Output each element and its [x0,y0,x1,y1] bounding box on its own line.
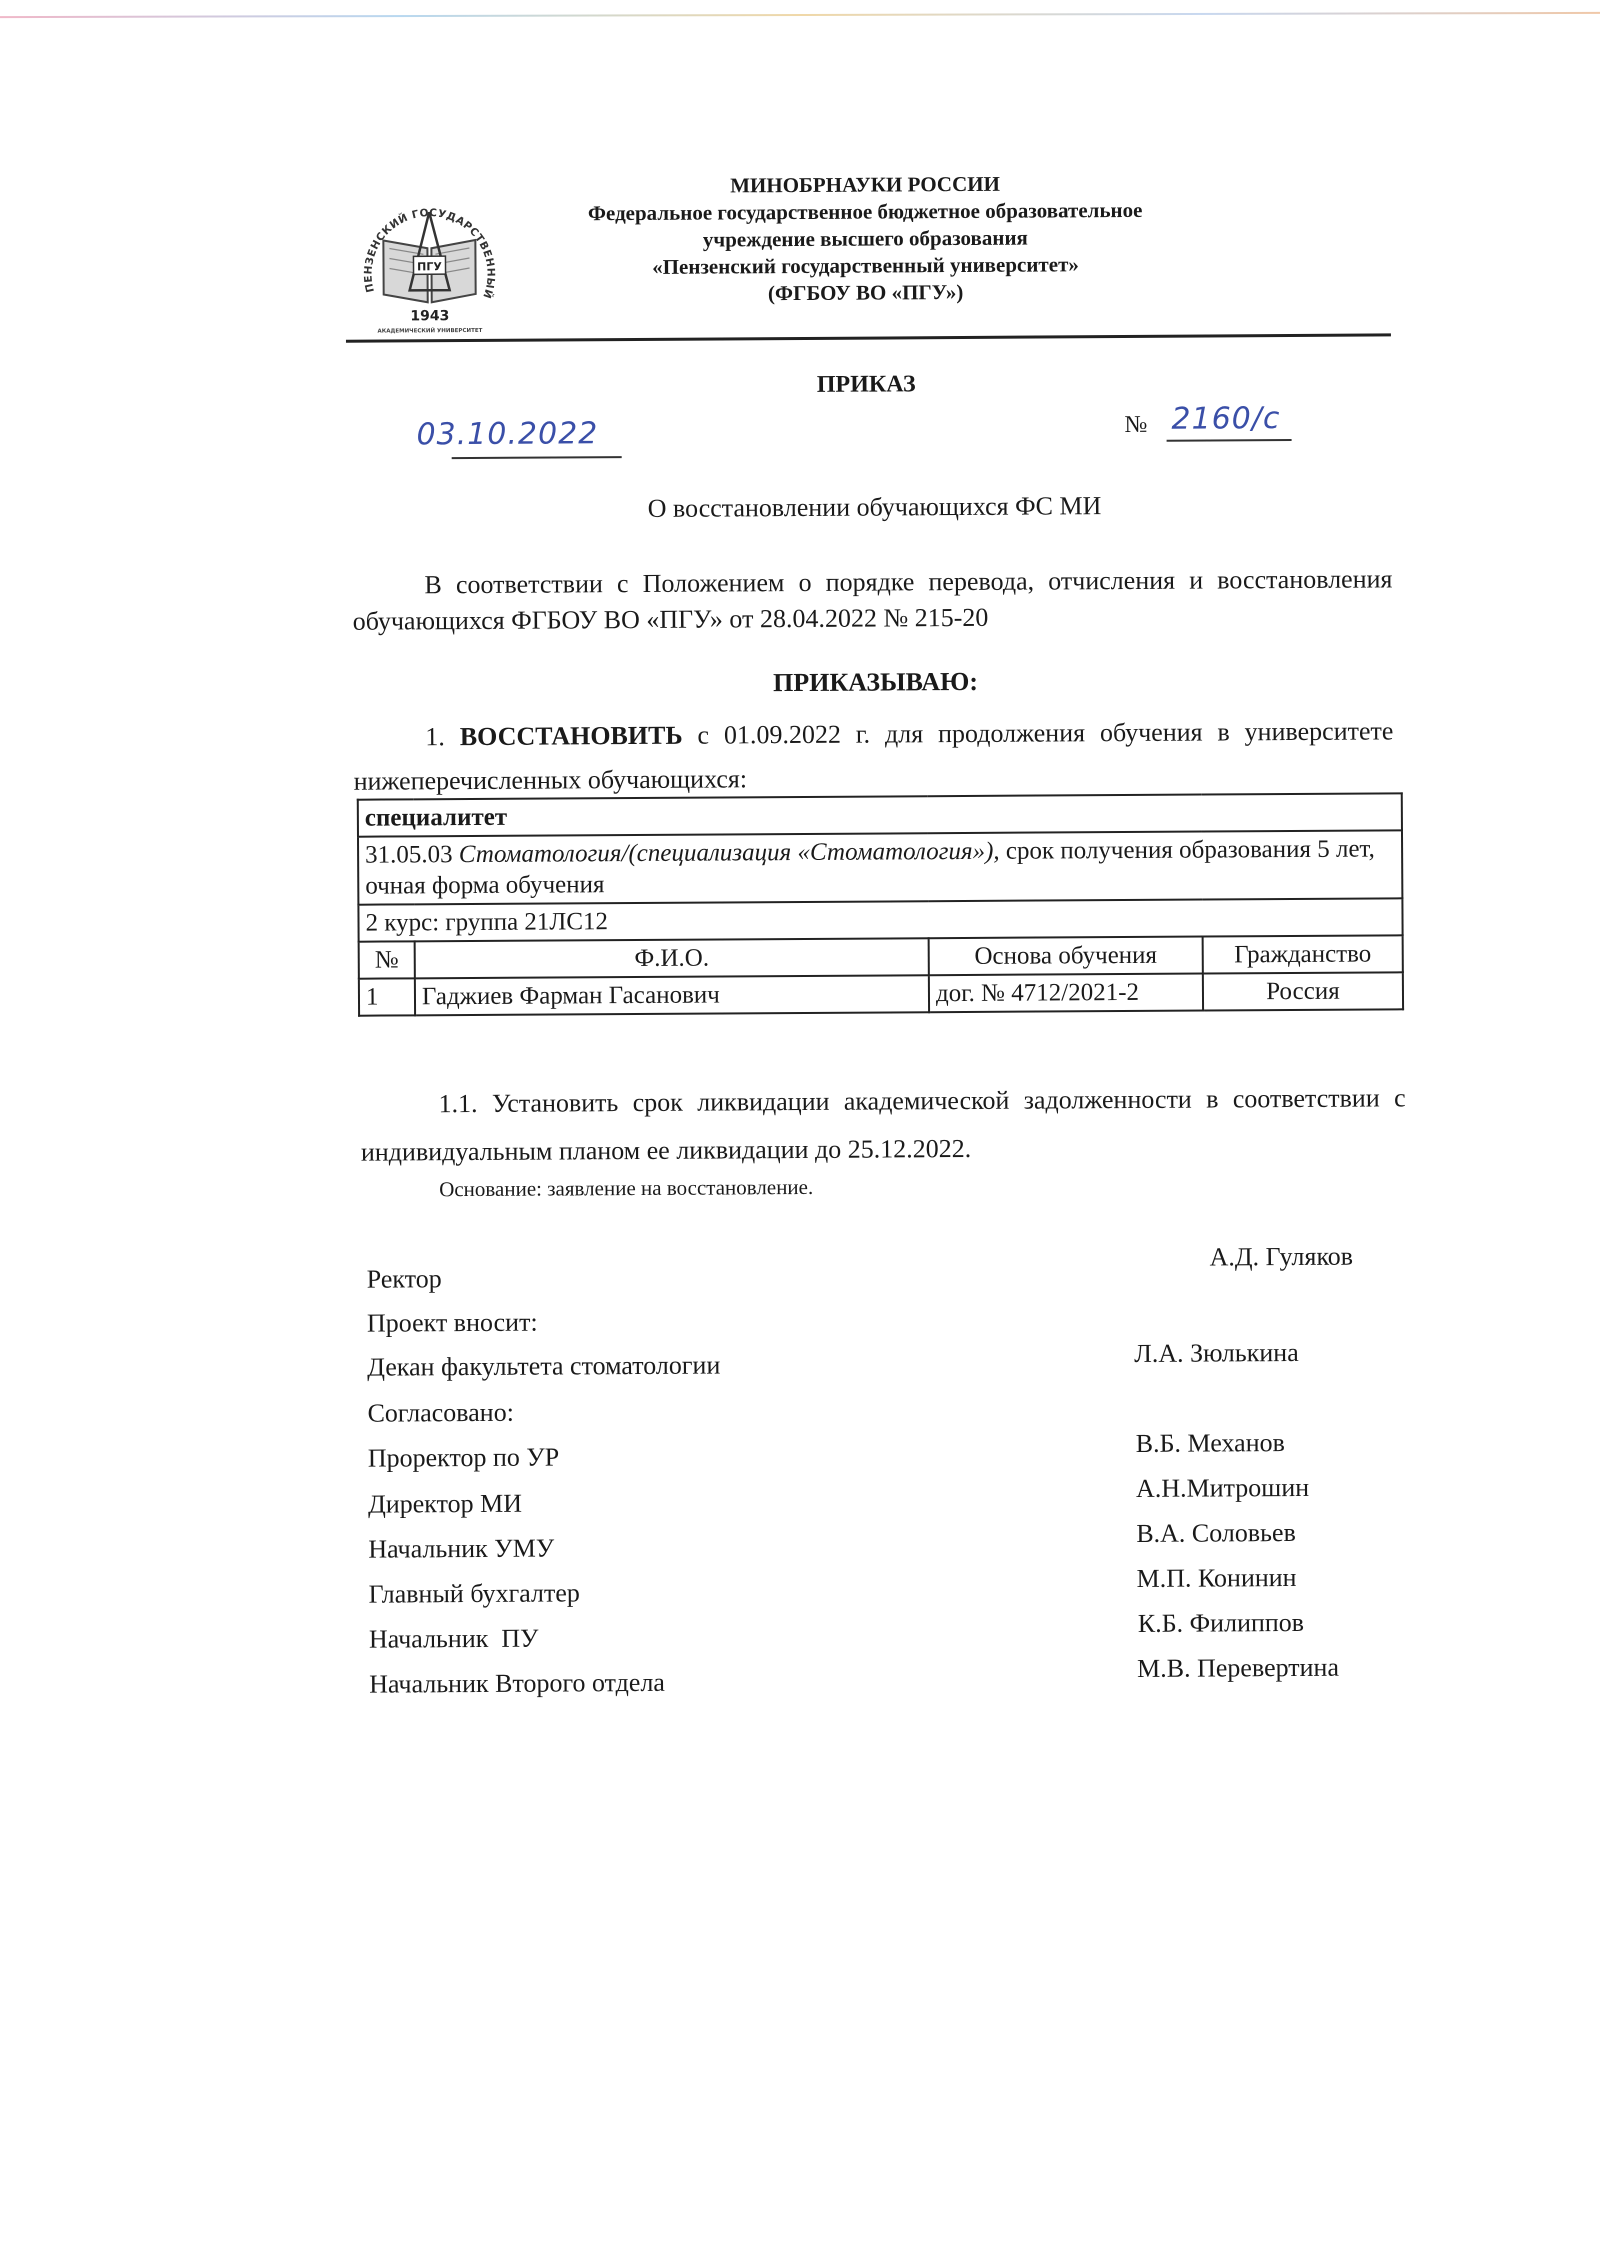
item-1-paragraph: 1. ВОССТАНОВИТЬ с 01.09.2022 г. для прод… [353,709,1394,803]
cell-name: Гаджиев Фарман Гасанович [415,975,929,1015]
signature-name-rector: А.Д. Гуляков [1209,1242,1353,1273]
institution-abbrev: (ФГБОУ ВО «ПГУ») [496,277,1236,309]
signature-name-pu-head: К.Б. Филиппов [1138,1608,1304,1639]
signature-name-dean: Л.А. Зюлькина [1134,1338,1299,1369]
signature-role-vice-rector: Проректор по УР [368,1442,560,1473]
order-number-label: № [1124,412,1147,439]
table-group-row: 2 курс: группа 21ЛС12 [358,898,1402,941]
preamble-text: В соответствии с Положением о порядке пе… [353,564,1393,635]
program-cell: 31.05.03 Стоматология/(специализация «Ст… [358,830,1402,904]
order-verb-heading: ПРИКАЗЫВАЮ: [0,662,1600,703]
column-header-citizenship: Гражданство [1203,935,1403,973]
date-underline [452,456,622,459]
signature-role-director: Директор МИ [368,1489,522,1520]
signature-name-umu-head: В.А. Соловьев [1136,1518,1296,1549]
order-subject: О восстановлении обучающихся ФС МИ [0,487,1600,528]
signature-role-second-dept-head: Начальник Второго отдела [369,1668,665,1700]
cell-basis: дог. № 4712/2021-2 [929,974,1203,1013]
column-header-name: Ф.И.О. [415,938,929,978]
order-number-handwritten: 2160/с [1171,401,1280,437]
signature-role-umu-head: Начальник УМУ [368,1534,554,1565]
table-level-row: специалитет [358,793,1402,836]
cell-num: 1 [359,978,415,1015]
item-1-1-paragraph: 1.1. Установить срок ликвидации академич… [360,1074,1406,1176]
item-1-verb: ВОССТАНОВИТЬ [460,721,683,751]
university-logo: ПЕНЗЕНСКИЙ ГОСУДАРСТВЕННЫЙ УНИВЕРСИТЕТ П… [353,190,506,341]
column-header-basis: Основа обучения [929,937,1203,976]
number-underline [1167,439,1292,442]
signature-role-chief-accountant: Главный бухгалтер [369,1578,580,1609]
program-name: Стоматология/(специализация «Стоматологи… [459,838,1000,868]
signature-name-vice-rector: В.Б. Механов [1136,1428,1285,1459]
group-cell: 2 курс: группа 21ЛС12 [358,898,1402,941]
signature-role-rector: Ректор [367,1264,442,1294]
order-date-handwritten: 03.10.2022 [416,416,598,452]
table-row: 1 Гаджиев Фарман Гасанович дог. № 4712/2… [359,972,1403,1015]
institution-line-1: Федеральное государственное бюджетное об… [495,196,1235,228]
education-level: специалитет [358,793,1402,836]
preamble-paragraph: В соответствии с Положением о порядке пе… [352,561,1392,639]
signature-name-chief-accountant: М.П. Конинин [1136,1563,1296,1594]
document-title: ПРИКАЗ [0,366,1600,404]
signature-name-director: А.Н.Митрошин [1136,1473,1309,1504]
signature-name-second-dept-head: М.В. Перевертина [1137,1653,1339,1684]
institution-header: МИНОБРНАУКИ РОССИИ Федеральное государст… [495,169,1236,309]
order-document: ПЕНЗЕНСКИЙ ГОСУДАРСТВЕННЫЙ УНИВЕРСИТЕТ П… [0,0,1600,2263]
table-header-row: № Ф.И.О. Основа обучения Гражданство [359,935,1403,978]
signature-role-pu-head: Начальник ПУ [369,1624,539,1655]
svg-text:ПГУ: ПГУ [417,260,442,273]
svg-text:АКАДЕМИЧЕСКИЙ УНИВЕРСИТЕТ: АКАДЕМИЧЕСКИЙ УНИВЕРСИТЕТ [377,326,482,335]
column-header-num: № [359,941,415,978]
basis-note: Основание: заявление на восстановление. [439,1175,813,1202]
signature-role-dean: Декан факультета стоматологии [367,1350,720,1382]
students-table: специалитет 31.05.03 Стоматология/(специ… [357,792,1404,1016]
cell-citizenship: Россия [1203,972,1403,1010]
signature-role-agreed: Согласовано: [367,1398,514,1429]
program-code: 31.05.03 [365,841,453,869]
table-program-row: 31.05.03 Стоматология/(специализация «Ст… [358,830,1402,904]
university-emblem-icon: ПЕНЗЕНСКИЙ ГОСУДАРСТВЕННЫЙ УНИВЕРСИТЕТ П… [353,190,506,341]
svg-text:1943: 1943 [410,308,449,324]
signature-role-project-by: Проект вносит: [367,1308,538,1339]
item-1-number: 1. [425,722,445,751]
item-1-1-text: 1.1. Установить срок ликвидации академич… [361,1083,1406,1166]
